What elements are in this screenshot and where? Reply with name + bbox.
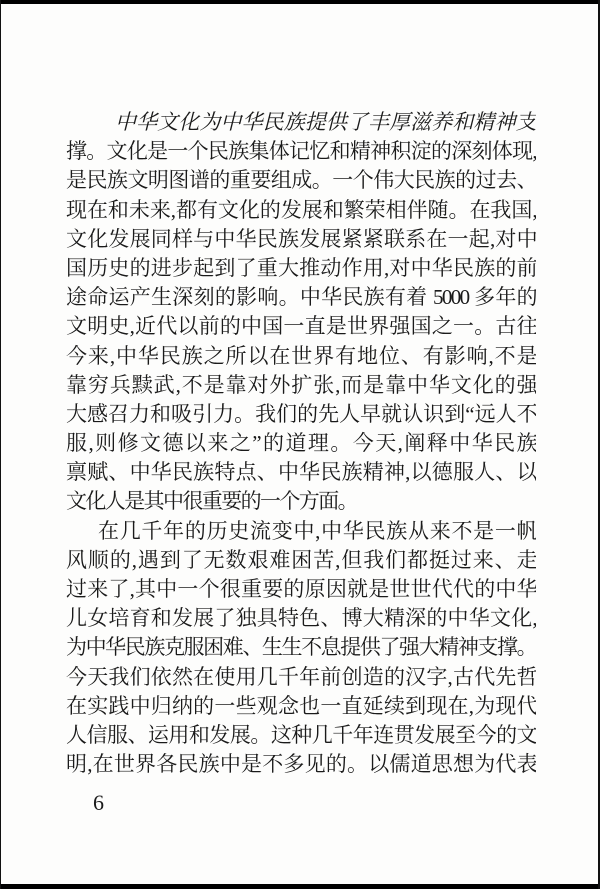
- text-line: 今来,中华民族之所以在世界有地位、有影响,不是: [66, 342, 536, 371]
- text-line: 明,在世界各民族中是不多见的。以儒道思想为代表: [66, 750, 536, 779]
- paragraph: 中华文化为中华民族提供了丰厚滋养和精神支撑。文化是一个民族集体记忆和精神积淀的深…: [66, 108, 536, 517]
- scan-edge-left: [0, 0, 1, 889]
- text-line: 国历史的进步起到了重大推动作用,对中华民族的前: [66, 254, 536, 283]
- scan-edge-top: [0, 0, 600, 4]
- text-line: 禀赋、中华民族特点、中华民族精神,以德服人、以: [66, 458, 536, 487]
- text-line: 大感召力和吸引力。我们的先人早就认识到“远人不: [66, 400, 536, 429]
- text-block: 中华文化为中华民族提供了丰厚滋养和精神支撑。文化是一个民族集体记忆和精神积淀的深…: [66, 108, 536, 779]
- text-line: 途命运产生深刻的影响。中华民族有着 5000 多年的: [66, 283, 536, 312]
- paragraph: 在几千年的历史流变中,中华民族从来不是一帆风顺的,遇到了无数艰难困苦,但我们都挺…: [66, 517, 536, 780]
- text-line: 今天我们依然在使用几千年前创造的汉字,古代先哲: [66, 663, 536, 692]
- book-page: 中华文化为中华民族提供了丰厚滋养和精神支撑。文化是一个民族集体记忆和精神积淀的深…: [0, 0, 600, 889]
- text-line: 为中华民族克服困难、生生不息提供了强大精神支撑。: [66, 633, 536, 662]
- text-line: 是民族文明图谱的重要组成。一个伟大民族的过去、: [66, 166, 536, 195]
- text-line: 文化发展同样与中华民族发展紧紧联系在一起,对中: [66, 225, 536, 254]
- text-line: 风顺的,遇到了无数艰难困苦,但我们都挺过来、走: [66, 546, 536, 575]
- text-line: 在几千年的历史流变中,中华民族从来不是一帆: [66, 517, 536, 546]
- text-line: 在实践中归纳的一些观念也一直延续到现在,为现代: [66, 692, 536, 721]
- text-line: 文化人是其中很重要的一个方面。: [66, 487, 536, 516]
- text-line: 中华文化为中华民族提供了丰厚滋养和精神支: [66, 108, 536, 137]
- text-line: 人信服、运用和发展。这种几千年连贯发展至今的文: [66, 721, 536, 750]
- scan-edge-bottom: [0, 884, 600, 889]
- text-line: 现在和未来,都有文化的发展和繁荣相伴随。在我国,: [66, 196, 536, 225]
- text-line: 靠穷兵黩武,不是靠对外扩张,而是靠中华文化的强: [66, 371, 536, 400]
- text-line: 服,则修文德以来之”的道理。今天,阐释中华民族: [66, 429, 536, 458]
- text-line: 儿女培育和发展了独具特色、博大精深的中华文化,: [66, 604, 536, 633]
- text-line: 过来了,其中一个很重要的原因就是世世代代的中华: [66, 575, 536, 604]
- text-line: 文明史,近代以前的中国一直是世界强国之一。古往: [66, 312, 536, 341]
- page-number: 6: [93, 790, 104, 816]
- text-line: 撑。文化是一个民族集体记忆和精神积淀的深刻体现,: [66, 137, 536, 166]
